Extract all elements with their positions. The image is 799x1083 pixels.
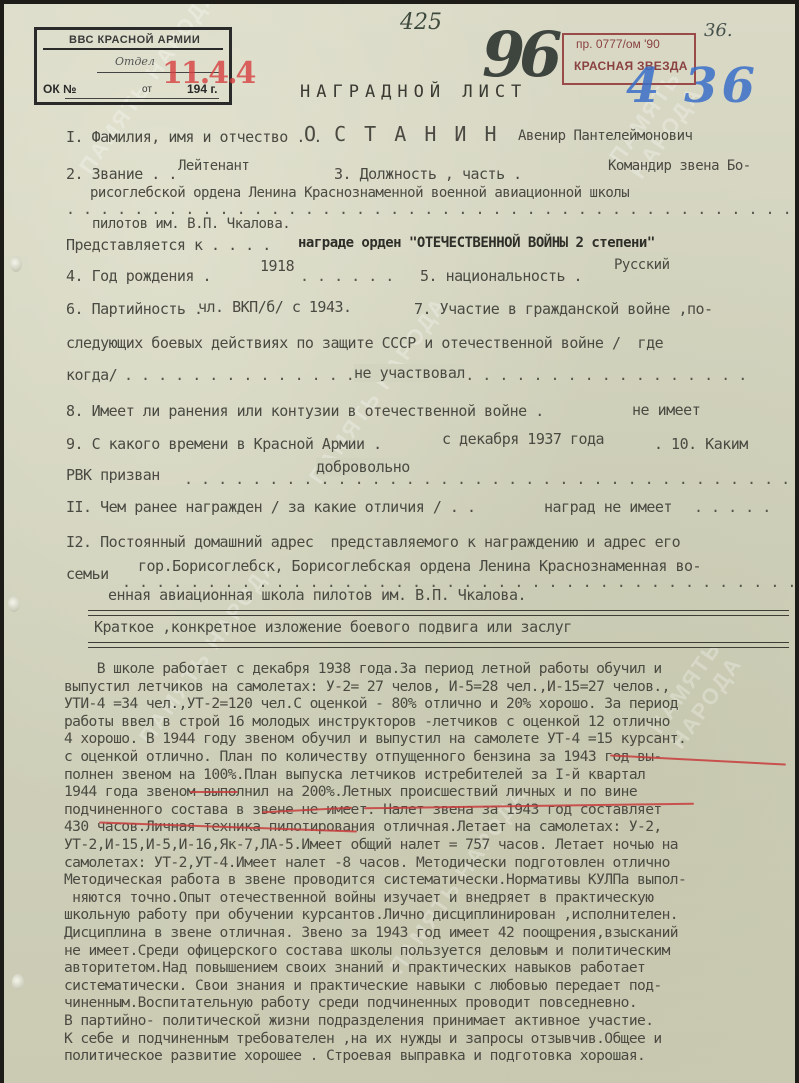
field-9-service-start: с декабря 1937 года <box>442 430 604 448</box>
narrative-line: полнен звеном на 100%.План выпуска летчи… <box>64 766 645 783</box>
nominated-award: награде орден "ОТЕЧЕСТВЕННОЙ ВОЙНЫ 2 сте… <box>298 235 655 251</box>
narrative-line: подчиненного состава в звене не имеет. Н… <box>64 801 662 818</box>
stamp-order-number: пр. 0777/ом '90 <box>576 37 660 51</box>
dotted-leader: . . . . . <box>694 498 771 516</box>
punch-hole <box>10 256 22 272</box>
narrative-line: 430 часов.Личная техника пилотирования о… <box>64 818 662 835</box>
field-2-rank: Лейтенант <box>178 158 249 174</box>
field-11-previous-awards: наград не имеет <box>544 498 672 516</box>
field-7-participation: не участвовал <box>354 364 465 382</box>
field-3-position-end: пилотов им. В.П. Чкалова. <box>92 216 290 232</box>
field-8-wounds: не имеет <box>632 401 700 419</box>
narrative-line: Дисциплина в звене отличная. Звено за 19… <box>64 924 678 941</box>
handwritten-number: 425 <box>400 10 442 35</box>
field-9-label: 9. С какого времени в Красной Армии . <box>66 435 382 453</box>
field-10-drafted-by: добровольно <box>316 458 410 476</box>
handwritten-note: 36. <box>704 20 733 41</box>
field-5-label: 5. национальность . <box>420 267 582 285</box>
narrative-line: В школе работает с декабря 1938 года.За … <box>64 660 662 677</box>
field-12-label: I2. Постоянный домашний адрес представля… <box>66 533 680 551</box>
summary-heading: Краткое ,конкретное изложение боевого по… <box>94 618 572 636</box>
narrative-line: УТИ-4 =34 чел.,УТ-2=120 чел.С оценкой - … <box>64 695 678 712</box>
narrative-line: УТ-2,И-15,И-5,И-16,Як-7,ЛА-5.Имеет общий… <box>64 836 678 853</box>
field-6-label: 6. Партийность . <box>66 300 203 318</box>
narrative-line: политическое развитие хорошее . Строевая… <box>64 1047 645 1064</box>
narrative-line: авторитетом.Над повышением своих знаний … <box>64 959 645 976</box>
narrative-line: с оценкой отлично. План по количеству от… <box>64 748 662 765</box>
blue-handwritten-number: 4 36 <box>626 58 759 114</box>
field-12-label-cont: семьи <box>66 565 109 583</box>
field-11-label: II. Чем ранее награжден / за какие отлич… <box>66 498 475 516</box>
narrative-line: няются точно.Опыт отечественной войны из… <box>64 889 653 906</box>
stamp-line <box>65 98 219 99</box>
field-10-label: . 10. Каким <box>654 435 748 453</box>
field-12-address-cont: енная авиационная школа пилотов им. В.П.… <box>108 586 526 604</box>
dotted-leader: . . . . . . . . . . . . . . . . . . . . … <box>184 470 795 488</box>
handwritten-big-number: 96 <box>482 18 556 91</box>
narrative-line: 1944 года звеном выполнил на 200%.Летных… <box>64 783 637 800</box>
field-8-label: 8. Имеет ли ранения или контузии в отече… <box>66 402 544 420</box>
section-divider <box>88 610 789 616</box>
nominated-label: Представляется к . . . . <box>66 236 271 254</box>
award-sheet-document: ПАМЯТЬ НАРОДА ПАМЯТЬ НАРОДА ПАМЯТЬ НАРОД… <box>4 4 795 1083</box>
stamp-department-label: Отдел <box>115 55 155 68</box>
field-4-label: 4. Год рождения . <box>66 267 211 285</box>
narrative-line: Методическая работа в звене проводится с… <box>64 871 686 888</box>
field-3-position-cont: рисоглебской ордена Ленина Краснознаменн… <box>90 185 629 201</box>
field-3-position: Командир звена Бо- <box>608 158 751 174</box>
field-1-given-name: Авенир Пантелеймонович <box>518 128 692 144</box>
narrative-line: систематически. Свои знания и практическ… <box>64 977 662 994</box>
field-7-label-cont: следующих боевых действиях по защите ССС… <box>66 334 663 352</box>
narrative-line: В партийно- политической жизни подраздел… <box>64 1012 653 1029</box>
narrative-line: самолетах: УТ-2,УТ-4.Имеет налет -8 часо… <box>64 854 670 871</box>
narrative-line: выпустил летчиков на самолетах: У-2= 27 … <box>64 678 670 695</box>
narrative-line: не имеет.Среди офицерского состава школы… <box>64 942 670 959</box>
punch-hole <box>12 974 24 990</box>
narrative-line: К себе и подчиненным требователен ,на их… <box>64 1030 662 1047</box>
field-3-label: 3. Должность , часть . <box>334 165 522 183</box>
red-handwritten-number: 11.4.4 <box>162 56 254 91</box>
red-underline <box>190 791 238 793</box>
field-10-label-cont: РВК призван <box>66 466 160 484</box>
punch-hole <box>8 596 20 612</box>
dotted-leader: . . . . . . <box>300 267 394 285</box>
narrative-line: работы ввел в строй 16 молодых инструкто… <box>64 713 670 730</box>
field-7-label-end: когда/ <box>66 366 117 384</box>
narrative-line: чиненным.Воспитательную работу среди под… <box>64 994 637 1011</box>
field-2-label: 2. Звание . . <box>66 165 177 183</box>
narrative-line: 4 хорошо. В 1944 году звеном обучил и вы… <box>64 730 686 747</box>
field-5-nationality: Русский <box>614 257 670 273</box>
field-4-birth-year: 1918 <box>260 257 294 275</box>
section-divider <box>88 642 789 648</box>
narrative-line: школьную работу при обучении курсантов.Л… <box>64 906 678 923</box>
stamp-number-label: ОК № <box>43 82 76 96</box>
stamp-title: ВВС КРАСНОЙ АРМИИ <box>69 34 200 46</box>
stamp-rule <box>43 48 223 50</box>
field-6-party: чл. ВКП/б/ с 1943. <box>198 298 352 316</box>
field-1-surname: О С Т А Н И Н <box>304 122 500 146</box>
stamp-date-label: от <box>142 84 152 95</box>
document-title: НАГРАДНОЙ ЛИСТ <box>300 82 527 102</box>
field-1-label: I. Фамилия, имя и отчество . . <box>66 128 322 146</box>
field-7-label: 7. Участие в гражданской войне ,по- <box>414 300 713 318</box>
